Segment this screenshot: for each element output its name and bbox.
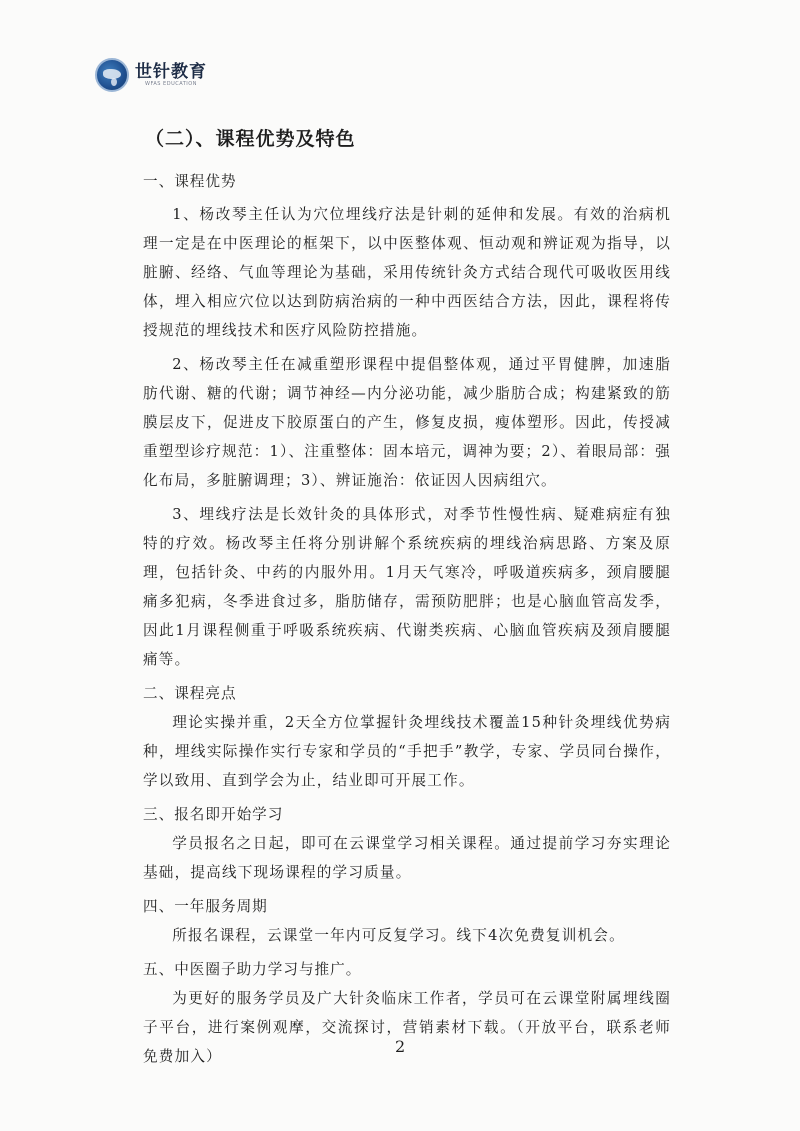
paragraph-advantage-3: 3、埋线疗法是长效针灸的具体形式，对季节性慢性病、疑难病症有独特的疗效。杨改琴主… — [143, 500, 671, 674]
paragraph-community: 为更好的服务学员及广大针灸临床工作者，学员可在云课堂附属埋线圈子平台，进行案例观… — [143, 984, 671, 1071]
section-heading-advantages: 一、课程优势 — [143, 167, 671, 196]
page-number: 2 — [395, 1037, 405, 1056]
section-heading-enroll: 三、报名即开始学习 — [143, 800, 671, 829]
paragraph-service: 所报名课程，云课堂一年内可反复学习。线下4次免费复训机会。 — [143, 921, 671, 950]
logo-name-cn: 世针教育 — [135, 63, 207, 81]
page-title: （二）、课程优势及特色 — [145, 124, 356, 151]
section-heading-community: 五、中医圈子助力学习与推广。 — [143, 955, 671, 984]
globe-icon — [95, 58, 129, 92]
document-body: 一、课程优势 1、杨改琴主任认为穴位埋线疗法是针刺的延伸和发展。有效的治病机理一… — [143, 167, 671, 1076]
paragraph-advantage-2: 2、杨改琴主任在减重塑形课程中提倡整体观，通过平胃健脾，加速脂肪代谢、糖的代谢；… — [143, 350, 671, 495]
logo-name-en: WFAS EDUCATION — [135, 81, 207, 87]
paragraph-enroll: 学员报名之日起，即可在云课堂学习相关课程。通过提前学习夯实理论基础，提高线下现场… — [143, 829, 671, 887]
logo: 世针教育 WFAS EDUCATION — [95, 58, 207, 92]
logo-text: 世针教育 WFAS EDUCATION — [135, 63, 207, 87]
paragraph-advantage-1: 1、杨改琴主任认为穴位埋线疗法是针刺的延伸和发展。有效的治病机理一定是在中医理论… — [143, 200, 671, 345]
section-heading-service: 四、一年服务周期 — [143, 892, 671, 921]
section-heading-highlights: 二、课程亮点 — [143, 679, 671, 708]
paragraph-highlights: 理论实操并重，2天全方位掌握针灸埋线技术覆盖15种针灸埋线优势病种，埋线实际操作… — [143, 708, 671, 795]
